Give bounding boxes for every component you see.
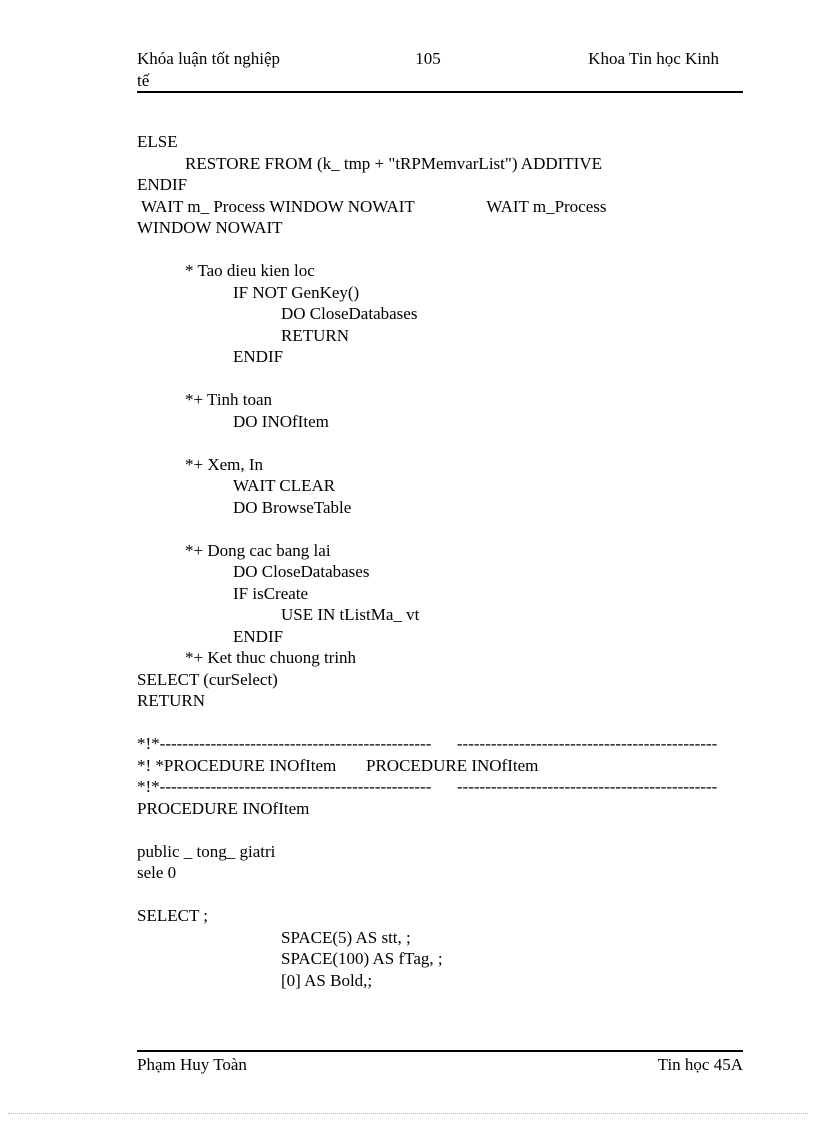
code-line: ELSE: [137, 131, 743, 153]
header-title: Khóa luận tốt nghiệp: [137, 48, 415, 70]
code-line: DO INOfItem: [137, 411, 743, 433]
page-boundary-dotted-line: [8, 1113, 808, 1114]
code-line: *+ Ket thuc chuong trinh: [137, 647, 743, 669]
code-line: [0] AS Bold,;: [137, 970, 743, 992]
code-line: SPACE(5) AS stt, ;: [137, 927, 743, 949]
footer-row: Phạm Huy Toàn Tin học 45A: [137, 1052, 743, 1076]
code-line: ENDIF: [137, 346, 743, 368]
code-line: [137, 239, 743, 261]
code-line: RESTORE FROM (k_ tmp + "tRPMemvarList") …: [137, 153, 743, 175]
code-line: SPACE(100) AS fTag, ;: [137, 948, 743, 970]
code-line: DO CloseDatabases: [137, 303, 743, 325]
code-line: *+ Dong cac bang lai: [137, 540, 743, 562]
code-line: PROCEDURE INOfItem: [137, 798, 743, 820]
header-faculty-wrap: tế: [137, 70, 743, 92]
code-line: WAIT CLEAR: [137, 475, 743, 497]
code-line: *+ Xem, In: [137, 454, 743, 476]
page-header: Khóa luận tốt nghiệp 105 Khoa Tin học Ki…: [137, 0, 743, 93]
footer-class: Tin học 45A: [658, 1054, 743, 1076]
code-line: USE IN tListMa_ vt: [137, 604, 743, 626]
code-line: RETURN: [137, 325, 743, 347]
code-line: [137, 712, 743, 734]
code-line: WINDOW NOWAIT: [137, 217, 743, 239]
code-line: ENDIF: [137, 174, 743, 196]
code-block: ELSE RESTORE FROM (k_ tmp + "tRPMemvarLi…: [137, 131, 743, 991]
code-line: WAIT m_ Process WINDOW NOWAIT WAIT m_Pro…: [137, 196, 743, 218]
code-line: SELECT ;: [137, 905, 743, 927]
code-line-comment-rule: *!*-------------------------------------…: [137, 776, 743, 798]
code-line: public _ tong_ giatri: [137, 841, 743, 863]
code-line: [137, 518, 743, 540]
code-line-procedure-header: *! *PROCEDURE INOfItem PROCEDURE INOfIte…: [137, 755, 743, 777]
page-footer: Phạm Huy Toàn Tin học 45A: [137, 1050, 743, 1076]
code-line: RETURN: [137, 690, 743, 712]
code-line: *+ Tinh toan: [137, 389, 743, 411]
code-line: [137, 368, 743, 390]
code-line: sele 0: [137, 862, 743, 884]
code-line: [137, 432, 743, 454]
code-line: ENDIF: [137, 626, 743, 648]
page-content: Khóa luận tốt nghiệp 105 Khoa Tin học Ki…: [137, 0, 743, 991]
code-line: DO BrowseTable: [137, 497, 743, 519]
code-line: DO CloseDatabases: [137, 561, 743, 583]
code-line: [137, 819, 743, 841]
code-line: [137, 884, 743, 906]
code-line: * Tao dieu kien loc: [137, 260, 743, 282]
code-line: IF NOT GenKey(): [137, 282, 743, 304]
code-line: IF isCreate: [137, 583, 743, 605]
header-row: Khóa luận tốt nghiệp 105 Khoa Tin học Ki…: [137, 48, 743, 70]
footer-author: Phạm Huy Toàn: [137, 1054, 247, 1076]
document-page: Khóa luận tốt nghiệp 105 Khoa Tin học Ki…: [0, 0, 816, 1123]
header-faculty: Khoa Tin học Kinh: [441, 48, 743, 70]
code-line: SELECT (curSelect): [137, 669, 743, 691]
page-number: 105: [415, 48, 441, 70]
code-line-comment-rule: *!*-------------------------------------…: [137, 733, 743, 755]
